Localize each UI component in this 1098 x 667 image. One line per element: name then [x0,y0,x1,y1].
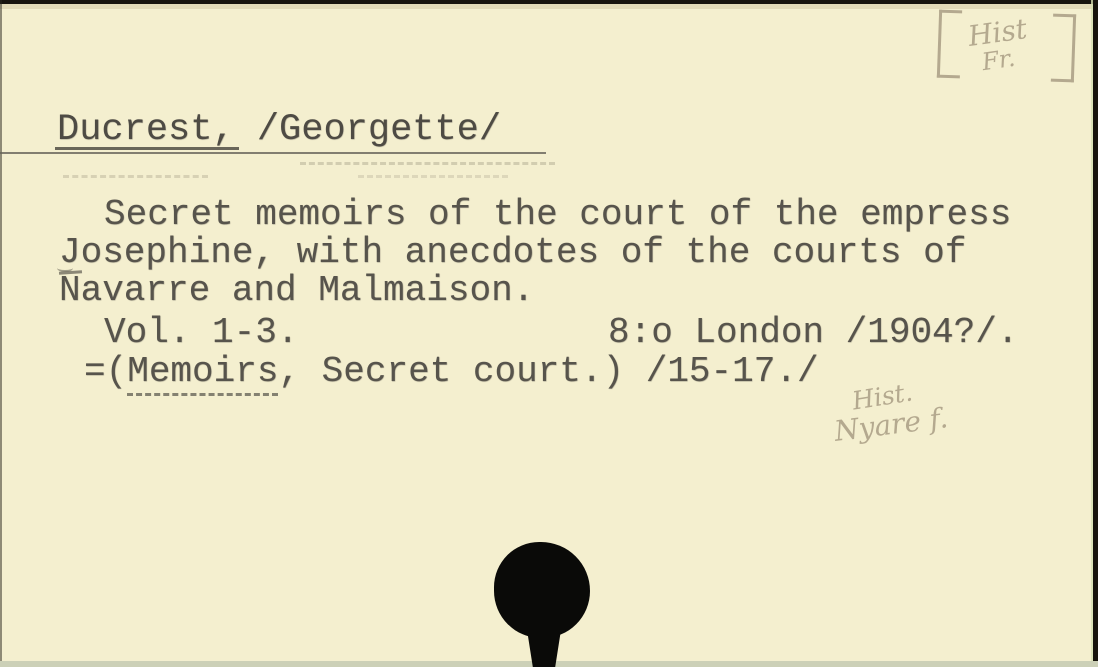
title-line2: Josephine, with anecdotes of the courts … [59,233,966,273]
pencil-bracket-left [937,10,962,79]
pencil-note-line2: Nyare f. [832,401,949,448]
classification-note-line2: Fr. [980,44,1017,76]
series-suffix: , Secret court.) /15-17./ [278,351,818,392]
series-prefix: =( [84,351,127,392]
heading-rule [0,152,546,154]
imprint-statement: 8:o London /1904?/. [608,313,1018,353]
series-title: Memoirs [127,351,278,396]
heading-author-line: Ducrest, /Georgette/ [57,110,501,151]
title-line3: Navarre and Malmaison. [59,271,534,311]
erased-typing-mark [300,162,555,165]
title-line1: Secret memoirs of the court of the empre… [104,195,1011,235]
scan-edge-right [1093,0,1098,667]
erased-typing-mark [63,175,208,178]
author-underline [55,147,239,150]
scan-edge-top-band [0,4,1098,9]
erased-typing-mark [358,175,508,178]
catalog-card: Hist Fr. Ducrest, /Georgette/ Secret mem… [0,0,1098,667]
heading-forename: /Georgette/ [235,109,501,151]
pencil-bracket-right [1051,14,1076,83]
punch-hole [494,542,590,638]
scan-edge-left [0,0,2,667]
volumes-statement: Vol. 1-3. [104,313,298,353]
series-note-line: =(Memoirs, Secret court.) /15-17./ [84,352,819,392]
heading-author: Ducrest, [57,109,235,151]
